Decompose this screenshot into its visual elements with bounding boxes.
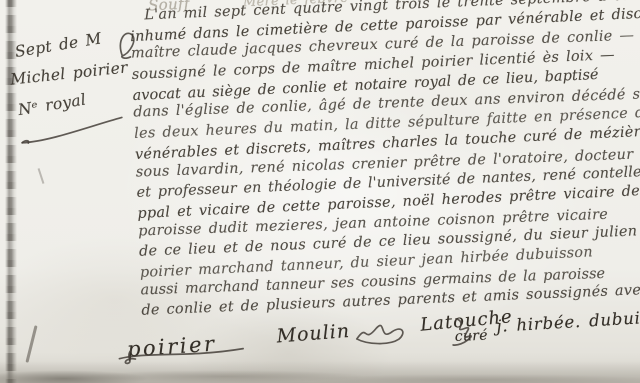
page-crease — [38, 168, 45, 184]
margin-underline-flourish-icon — [18, 114, 128, 147]
record-text: L'an mil sept cent quatre vingt trois le… — [129, 0, 640, 383]
margin-line: Michel poirier — [9, 58, 135, 89]
signature-moulin: Moulin — [276, 320, 351, 348]
page-crease — [25, 325, 37, 363]
paraph-flourish-icon — [352, 317, 411, 349]
manuscript-page: Souff Mère le febvre Sept de M Michel po… — [0, 0, 640, 383]
paraph-flourish-icon — [446, 314, 481, 349]
bottom-edge-shadow — [0, 361, 640, 383]
signature-dubuisson: j. hirbée. dubuisson — [496, 306, 640, 336]
margin-note: Sept de M Michel poirier Nᵉ royal — [6, 27, 143, 151]
